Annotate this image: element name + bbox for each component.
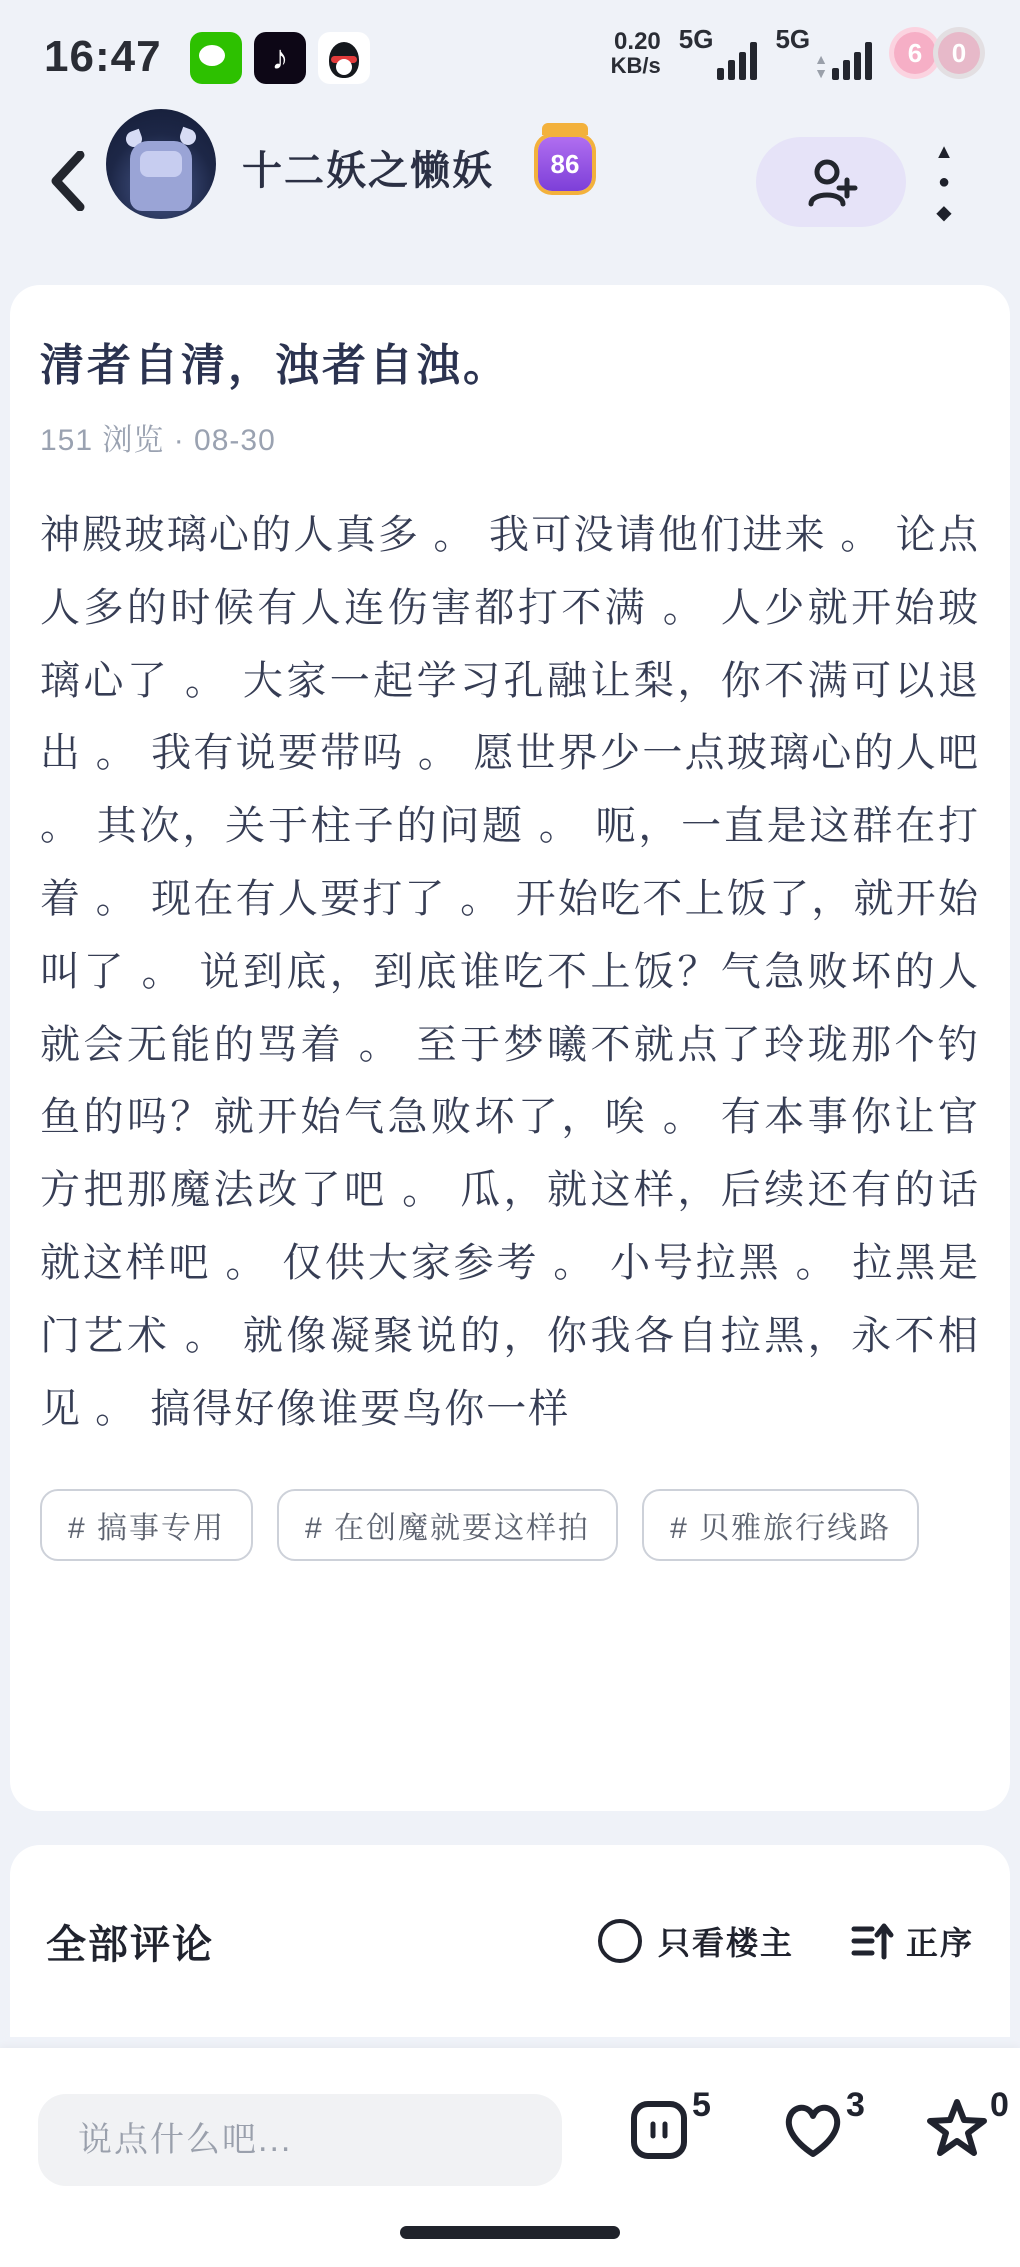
network-speed-unit: KB/s xyxy=(611,54,661,77)
avatar[interactable] xyxy=(106,109,216,219)
signal-bars-icon xyxy=(832,40,872,80)
sim1-5g-label: 5G xyxy=(679,26,714,52)
comment-input[interactable] xyxy=(38,2094,562,2186)
post-title: 清者自清，浊者自浊。 xyxy=(40,329,980,393)
like-count: 3 xyxy=(846,2086,865,2125)
comments-title: 全部评论 xyxy=(46,1913,214,1970)
status-indicators: 0.20 KB/s 5G 5G ▲▼ 6 0 xyxy=(611,26,980,80)
qq-icon xyxy=(318,32,370,84)
comments-button[interactable]: 5 xyxy=(628,2096,711,2162)
wechat-icon xyxy=(190,32,242,84)
home-indicator[interactable] xyxy=(400,2226,620,2239)
signal-bars-icon xyxy=(717,40,757,80)
status-bar: 16:47 ♪ 0.20 KB/s 5G 5G ▲▼ 6 0 xyxy=(0,22,1020,94)
tag-pill[interactable]: # 在创魔就要这样拍 xyxy=(277,1489,618,1561)
more-menu-button[interactable]: ▲ ● ◆ xyxy=(922,141,966,225)
battery-digit: 6 xyxy=(894,32,936,74)
follow-button[interactable] xyxy=(756,137,906,227)
sort-order-button[interactable]: 正序 xyxy=(850,1918,974,1964)
tag-pill[interactable]: # 贝雅旅行线路 xyxy=(642,1489,919,1561)
comments-section-header: 全部评论 只看楼主 正序 xyxy=(10,1845,1010,2037)
only-author-label: 只看楼主 xyxy=(658,1918,794,1964)
kebab-diamond-icon: ◆ xyxy=(936,200,951,225)
like-button[interactable]: 3 xyxy=(782,2096,865,2162)
post-card: 清者自清，浊者自浊。 151 浏览 · 08-30 神殿玻璃心的人真多 。 我可… xyxy=(10,285,1010,1811)
post-body: 神殿玻璃心的人真多 。 我可没请他们进来 。 论点 人多的时候有人连伤害都打不满… xyxy=(40,499,980,1445)
kebab-circle-icon: ● xyxy=(938,171,950,194)
favorite-button[interactable]: 0 xyxy=(926,2096,1009,2162)
battery-digit: 0 xyxy=(938,32,980,74)
tag-list: # 搞事专用 # 在创魔就要这样拍 # 贝雅旅行线路 xyxy=(40,1489,980,1561)
sim2-signal: 5G ▲▼ xyxy=(775,26,872,80)
radio-circle-icon[interactable] xyxy=(598,1919,642,1963)
tiktok-icon: ♪ xyxy=(254,32,306,84)
notification-app-icons: ♪ xyxy=(190,32,370,84)
only-author-toggle[interactable]: 只看楼主 xyxy=(598,1918,794,1964)
kebab-triangle-icon: ▲ xyxy=(934,141,954,164)
battery-icon: 6 0 xyxy=(894,32,980,74)
network-speed: 0.20 KB/s xyxy=(611,29,661,77)
person-add-icon xyxy=(803,154,859,210)
star-icon xyxy=(926,2096,988,2162)
network-speed-value: 0.20 xyxy=(611,29,661,54)
back-button[interactable] xyxy=(48,151,88,211)
tag-pill[interactable]: # 搞事专用 xyxy=(40,1489,253,1561)
username[interactable]: 十二妖之懒妖 xyxy=(242,139,494,196)
level-badge-number: 86 xyxy=(538,137,592,191)
level-badge: 86 xyxy=(532,131,598,197)
data-arrows-icon: ▲▼ xyxy=(814,52,828,80)
sim1-signal: 5G xyxy=(679,26,758,80)
post-meta: 151 浏览 · 08-30 xyxy=(40,415,980,459)
sort-order-label: 正序 xyxy=(906,1918,974,1964)
nav-bar: 十二妖之懒妖 86 ▲ ● ◆ xyxy=(0,105,1020,265)
sim2-5g-label: 5G xyxy=(775,26,810,52)
comment-bubble-icon xyxy=(628,2096,690,2162)
comment-count: 5 xyxy=(692,2086,711,2125)
heart-icon xyxy=(782,2096,844,2162)
favorite-count: 0 xyxy=(990,2086,1009,2125)
sort-icon xyxy=(850,1919,894,1963)
clock: 16:47 xyxy=(44,32,162,82)
